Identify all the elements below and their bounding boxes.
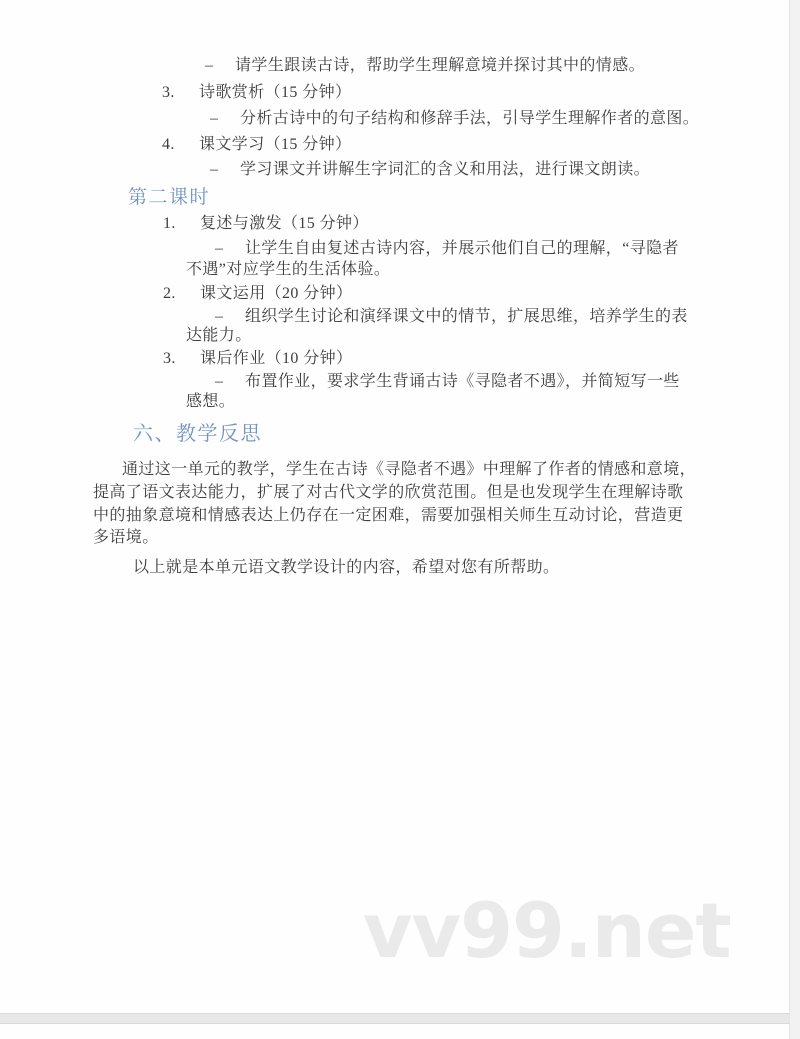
item-title: 课后作业（10 分钟）	[200, 350, 352, 367]
detail-text: 请学生跟读古诗，帮助学生理解意境并探讨其中的情感。	[235, 57, 645, 74]
dash-bullet: –	[210, 159, 240, 181]
paragraph-line: 多语境。	[93, 527, 159, 549]
closing-line: 以上就是本单元语文教学设计的内容，希望对您有所帮助。	[133, 557, 559, 579]
list-item-detail: –让学生自由复述古诗内容，并展示他们自己的理解，“寻隐者	[215, 238, 679, 260]
item-number: 3.	[163, 348, 200, 370]
detail-text: 让学生自由复述古诗内容，并展示他们自己的理解，“寻隐者	[245, 240, 679, 257]
list-item: 3.诗歌赏析（15 分钟）	[162, 82, 351, 104]
detail-text: 分析古诗中的句子结构和修辞手法，引导学生理解作者的意图。	[240, 110, 699, 127]
list-item-detail: –分析古诗中的句子结构和修辞手法，引导学生理解作者的意图。	[210, 108, 699, 130]
paragraph-line: 提高了语文表达能力，扩展了对古代文学的欣赏范围。但是也发现学生在理解诗歌	[93, 482, 683, 504]
item-number: 4.	[162, 134, 199, 156]
section-heading-lesson-two: 第二课时	[128, 182, 210, 209]
document-page: vv99.net –请学生跟读古诗，帮助学生理解意境并探讨其中的情感。 3.诗歌…	[0, 0, 800, 1039]
item-number: 2.	[163, 283, 200, 305]
list-item: 3.课后作业（10 分钟）	[163, 348, 352, 370]
item-title: 诗歌赏析（15 分钟）	[199, 84, 351, 101]
detail-text: 布置作业，要求学生背诵古诗《寻隐者不遇》，并简短写一些	[245, 373, 680, 390]
list-item-detail: –组织学生讨论和演绎课文中的情节，扩展思维，培养学生的表	[215, 306, 688, 328]
item-title: 复述与激发（15 分钟）	[200, 215, 369, 232]
list-item-detail: –布置作业，要求学生背诵古诗《寻隐者不遇》，并简短写一些	[215, 371, 680, 393]
list-item-detail: –请学生跟读古诗，帮助学生理解意境并探讨其中的情感。	[205, 55, 645, 77]
detail-text: 学习课文并讲解生字词汇的含义和用法，进行课文朗读。	[240, 161, 650, 178]
paragraph-line: 通过这一单元的教学，学生在古诗《寻隐者不遇》中理解了作者的情感和意境，	[122, 459, 696, 481]
list-item: 4.课文学习（15 分钟）	[162, 134, 351, 156]
item-title: 课文学习（15 分钟）	[199, 136, 351, 153]
scrollbar-track[interactable]	[789, 0, 800, 1039]
list-item-detail-continuation: 达能力。	[186, 325, 252, 347]
list-item-detail-continuation: 不遇”对应学生的生活体验。	[186, 259, 390, 281]
item-number: 1.	[163, 213, 200, 235]
item-number: 3.	[162, 82, 199, 104]
item-title: 课文运用（20 分钟）	[200, 285, 352, 302]
list-item: 1.复述与激发（15 分钟）	[163, 213, 369, 235]
list-item: 2.课文运用（20 分钟）	[163, 283, 352, 305]
dash-bullet: –	[215, 371, 245, 393]
dash-bullet: –	[205, 55, 235, 77]
list-item-detail: –学习课文并讲解生字词汇的含义和用法，进行课文朗读。	[210, 159, 650, 181]
list-item-detail-continuation: 感想。	[186, 391, 235, 413]
section-heading-reflection: 六、教学反思	[133, 417, 262, 446]
dash-bullet: –	[215, 238, 245, 260]
page-separator	[0, 1013, 800, 1024]
detail-text: 组织学生讨论和演绎课文中的情节，扩展思维，培养学生的表	[245, 308, 688, 325]
dash-bullet: –	[210, 108, 240, 130]
paragraph-line: 中的抽象意境和情感表达上仍存在一定困难，需要加强相关师生互动讨论，营造更	[93, 505, 683, 527]
watermark-text: vv99.net	[363, 886, 731, 975]
